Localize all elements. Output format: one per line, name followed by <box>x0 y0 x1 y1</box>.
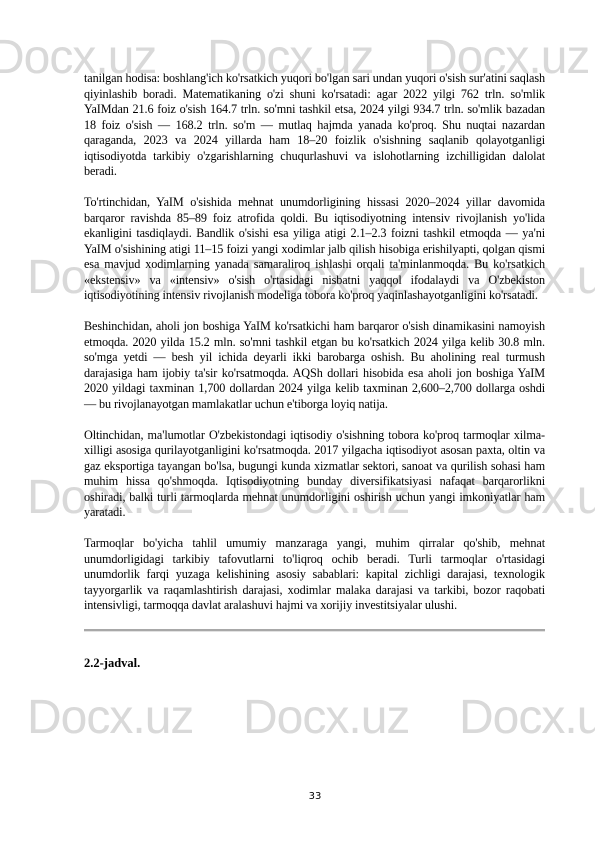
watermark-row: Docx.uz Docx.uz Docx.uz <box>0 696 595 740</box>
paragraph-sector-analysis: Tarmoqlar bo'yicha tahlil umumiy manzara… <box>84 536 545 614</box>
watermark: Docx.uz <box>459 696 595 740</box>
paragraph-fourth-productivity: To'rtinchidan, YaIM o'sishida mehnat unu… <box>84 195 545 304</box>
table-caption: 2.2-jadval. <box>84 656 545 671</box>
paragraph-fifth-per-capita: Beshinchidan, aholi jon boshiga YaIM ko'… <box>84 319 545 412</box>
paragraph-sixth-diversification: Oltinchidan, ma'lumotlar O'zbekistondagi… <box>84 428 545 521</box>
page-number: 33 <box>0 790 595 804</box>
watermark: Docx.uz <box>243 696 409 740</box>
watermark: Docx.uz <box>27 696 193 740</box>
horizontal-rule <box>84 629 545 632</box>
document-page: tanilgan hodisa: boshlang'ich ko'rsatkic… <box>84 71 545 671</box>
paragraph-growth-base: tanilgan hodisa: boshlang'ich ko'rsatkic… <box>84 71 545 180</box>
